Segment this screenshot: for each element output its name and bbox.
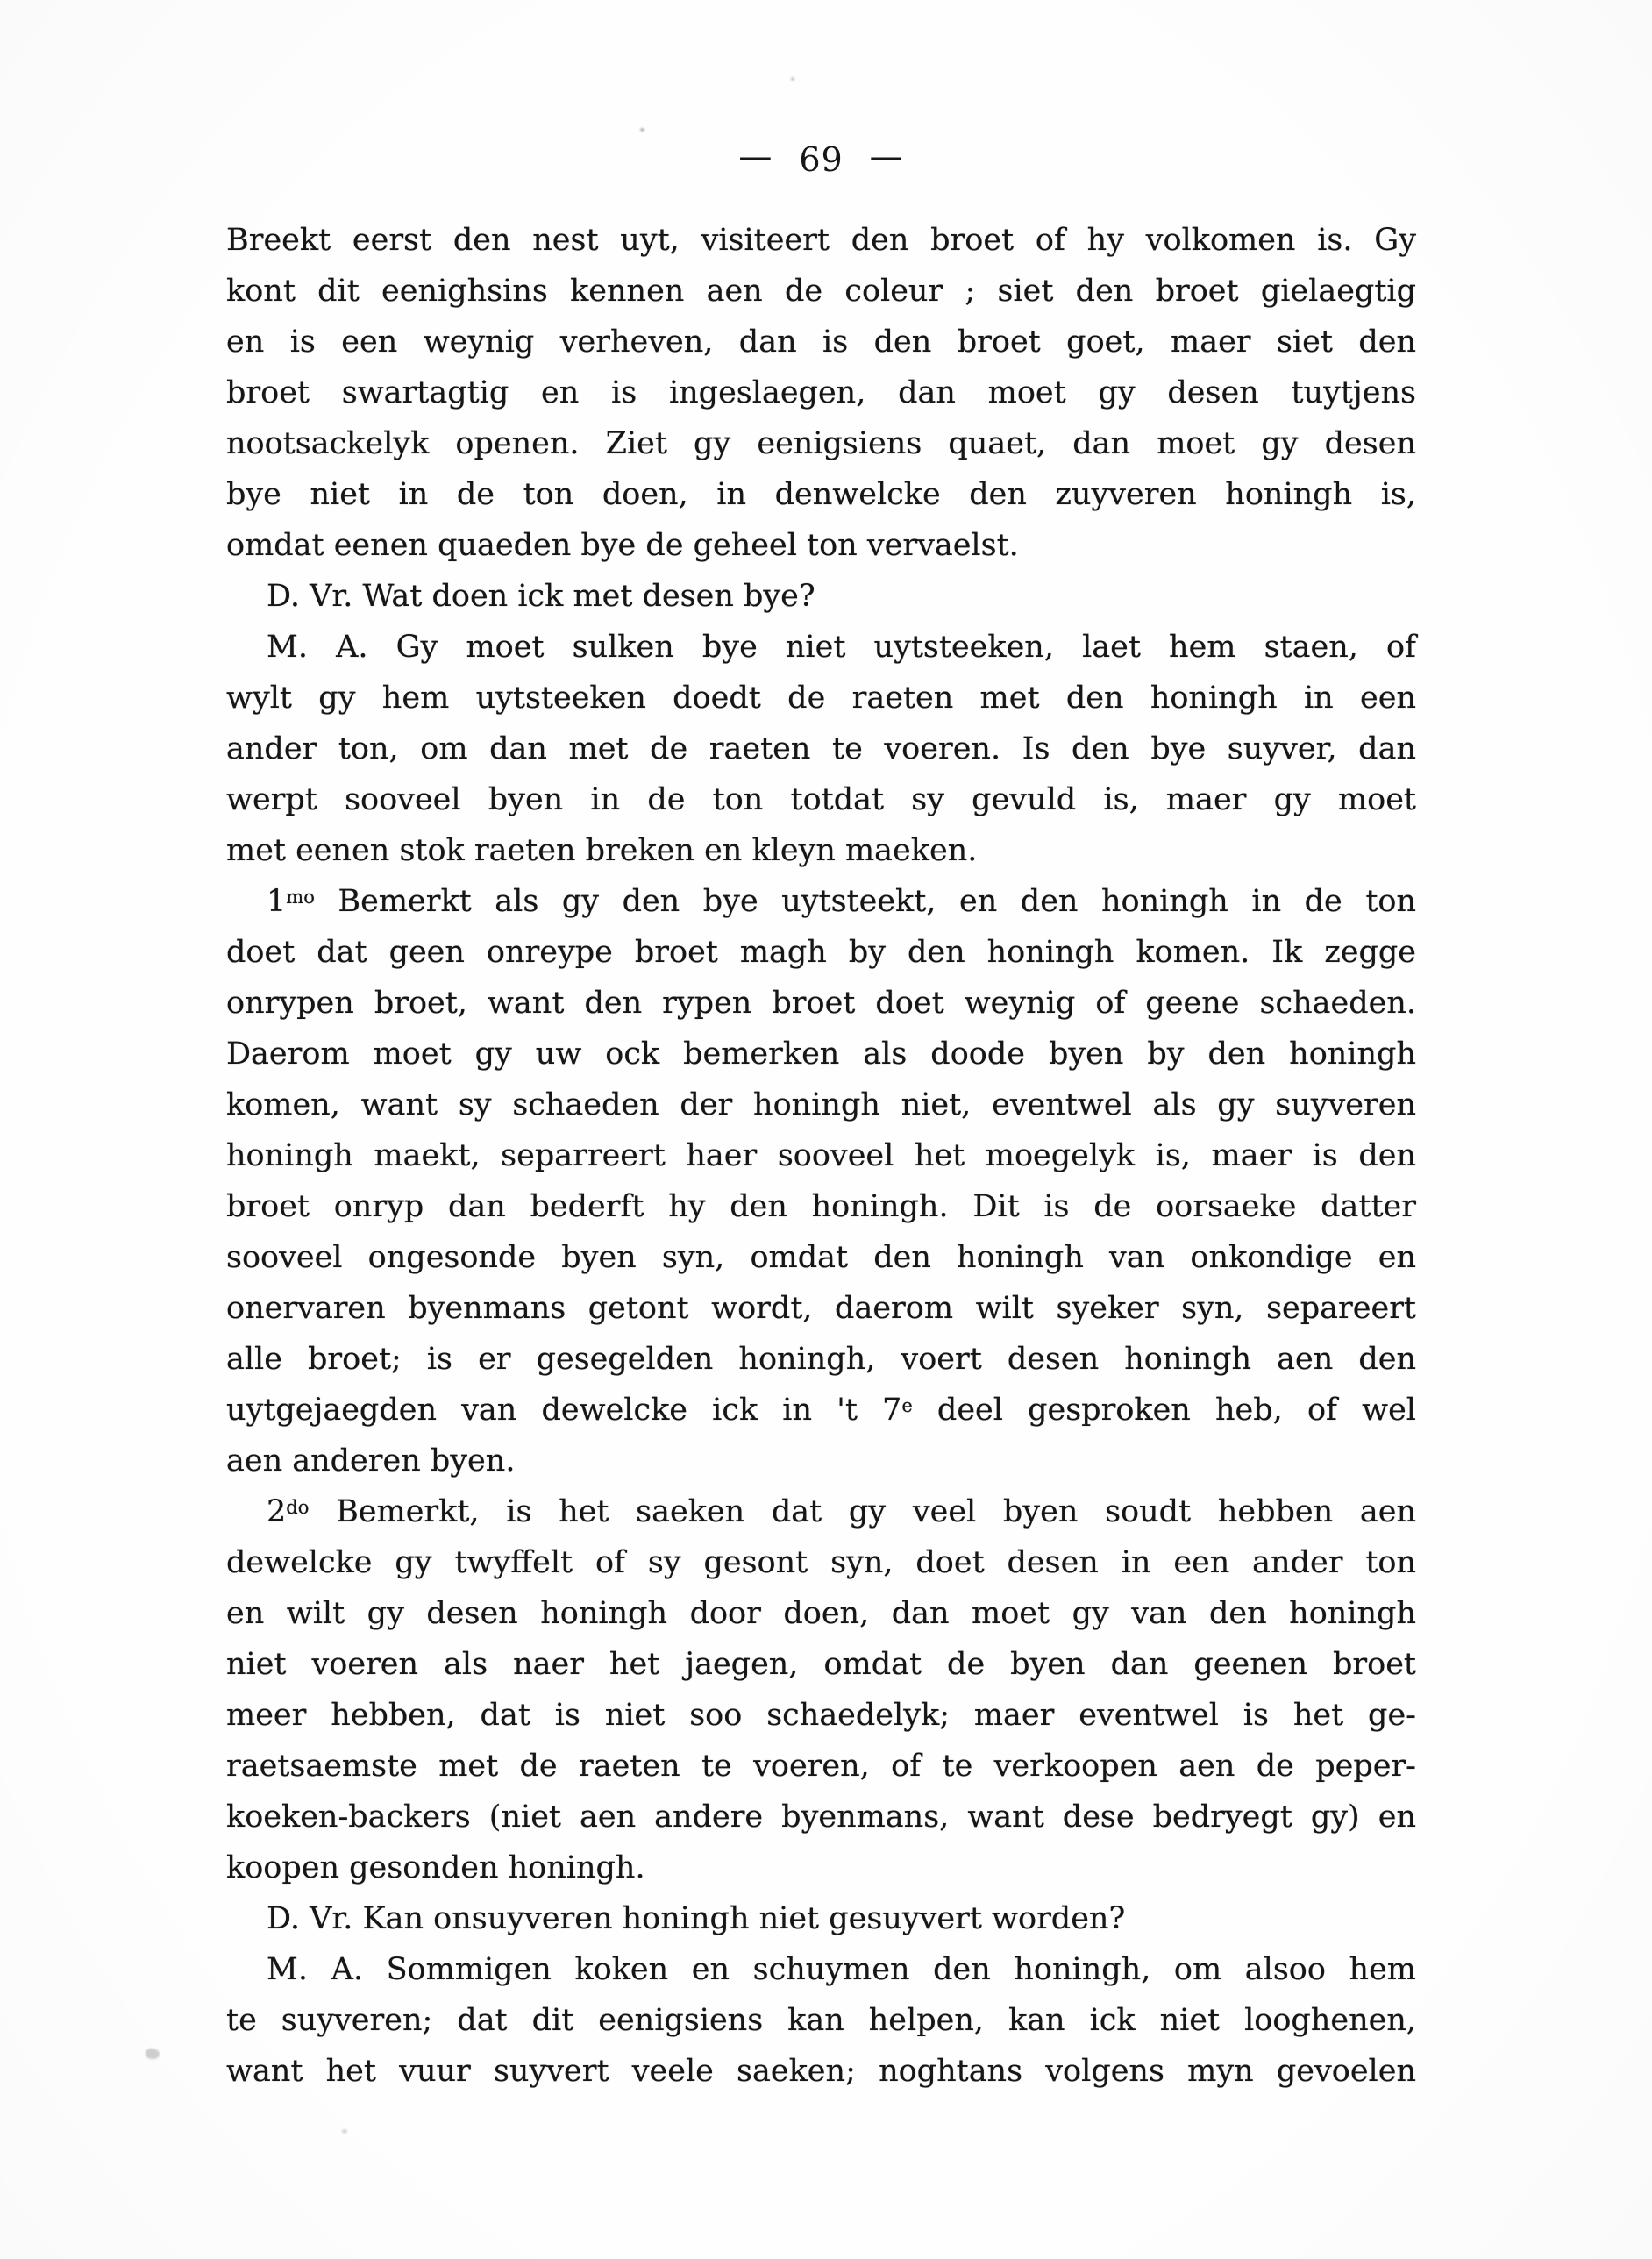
text-line: doet dat geen onreype broet magh by den … bbox=[226, 927, 1416, 978]
ink-speck bbox=[146, 2049, 160, 2059]
text-line: Breekt eerst den nest uyt, visiteert den… bbox=[226, 215, 1416, 266]
book-page: —69— Breekt eerst den nest uyt, visiteer… bbox=[0, 0, 1652, 2259]
text-line: koopen gesonden honingh. bbox=[226, 1842, 1416, 1893]
text-line: M. A. Sommigen koken en schuymen den hon… bbox=[226, 1944, 1416, 1995]
paragraph: Breekt eerst den nest uyt, visiteert den… bbox=[226, 215, 1416, 571]
text-line: meer hebben, dat is niet soo schaedelyk;… bbox=[226, 1690, 1416, 1741]
text-line: raetsaemste met de raeten te voeren, of … bbox=[226, 1741, 1416, 1792]
text-line: 1mo Bemerkt als gy den bye uytsteekt, en… bbox=[226, 876, 1416, 927]
text-line: ander ton, om dan met de raeten te voere… bbox=[226, 723, 1416, 774]
text-line: kont dit eenighsins kennen aen de coleur… bbox=[226, 266, 1416, 317]
text-line: niet voeren als naer het jaegen, omdat d… bbox=[226, 1639, 1416, 1690]
text-line: D. Vr. Wat doen ick met desen bye? bbox=[226, 571, 1416, 622]
text-line: dewelcke gy twyffelt of sy gesont syn, d… bbox=[226, 1537, 1416, 1588]
paragraph: 2do Bemerkt, is het saeken dat gy veel b… bbox=[226, 1486, 1416, 1893]
header-right-dash: — bbox=[870, 137, 904, 175]
superscript: mo bbox=[286, 887, 315, 908]
paragraph: M. A. Sommigen koken en schuymen den hon… bbox=[226, 1944, 1416, 2097]
text-line: werpt sooveel byen in de ton totdat sy g… bbox=[226, 774, 1416, 825]
page-number: 69 bbox=[799, 140, 843, 179]
text-line: bye niet in de ton doen, in denwelcke de… bbox=[226, 469, 1416, 520]
ink-speck bbox=[791, 77, 794, 81]
text-line: alle broet; is er gesegelden honingh, vo… bbox=[226, 1334, 1416, 1385]
text-line: sooveel ongesonde byen syn, omdat den ho… bbox=[226, 1232, 1416, 1283]
text-line: uytgejaegden van dewelcke ick in 't 7e d… bbox=[226, 1385, 1416, 1436]
paragraph: 1mo Bemerkt als gy den bye uytsteekt, en… bbox=[226, 876, 1416, 1486]
text-line: onervaren byenmans getont wordt, daerom … bbox=[226, 1283, 1416, 1334]
text-line: onrypen broet, want den rypen broet doet… bbox=[226, 978, 1416, 1029]
paragraph: M. A. Gy moet sulken bye niet uytsteeken… bbox=[226, 622, 1416, 876]
text-line: honingh maekt, separreert haer sooveel h… bbox=[226, 1130, 1416, 1181]
text-line: Daerom moet gy uw ock bemerken als doode… bbox=[226, 1029, 1416, 1080]
text-line: en is een weynig verheven, dan is den br… bbox=[226, 317, 1416, 367]
ink-speck bbox=[640, 128, 644, 132]
text-line: omdat eenen quaeden bye de geheel ton ve… bbox=[226, 520, 1416, 571]
text-line: 2do Bemerkt, is het saeken dat gy veel b… bbox=[226, 1486, 1416, 1537]
text-line: en wilt gy desen honingh door doen, dan … bbox=[226, 1588, 1416, 1639]
text-line: M. A. Gy moet sulken bye niet uytsteeken… bbox=[226, 622, 1416, 673]
text-line: D. Vr. Kan onsuyveren honingh niet gesuy… bbox=[226, 1893, 1416, 1944]
header-left-dash: — bbox=[738, 137, 773, 175]
ink-speck bbox=[342, 2129, 347, 2134]
text-line: te suyveren; dat dit eenigsiens kan help… bbox=[226, 1995, 1416, 2046]
paragraph: D. Vr. Kan onsuyveren honingh niet gesuy… bbox=[226, 1893, 1416, 1944]
text-line: broet onryp dan bederft hy den honingh. … bbox=[226, 1181, 1416, 1232]
text-line: met eenen stok raeten breken en kleyn ma… bbox=[226, 825, 1416, 876]
text-line: koeken-backers (niet aen andere byenmans… bbox=[226, 1792, 1416, 1842]
superscript: e bbox=[901, 1395, 912, 1416]
paragraph: D. Vr. Wat doen ick met desen bye? bbox=[226, 571, 1416, 622]
text-line: nootsackelyk openen. Ziet gy eenigsiens … bbox=[226, 418, 1416, 469]
text-line: wylt gy hem uytsteeken doedt de raeten m… bbox=[226, 673, 1416, 723]
page-body: Breekt eerst den nest uyt, visiteert den… bbox=[226, 215, 1416, 2097]
text-line: aen anderen byen. bbox=[226, 1436, 1416, 1486]
text-line: komen, want sy schaeden der honingh niet… bbox=[226, 1080, 1416, 1130]
text-line: want het vuur suyvert veele saeken; nogh… bbox=[226, 2046, 1416, 2097]
superscript: do bbox=[286, 1497, 309, 1518]
page-header: —69— bbox=[226, 140, 1416, 179]
text-line: broet swartagtig en is ingeslaegen, dan … bbox=[226, 367, 1416, 418]
